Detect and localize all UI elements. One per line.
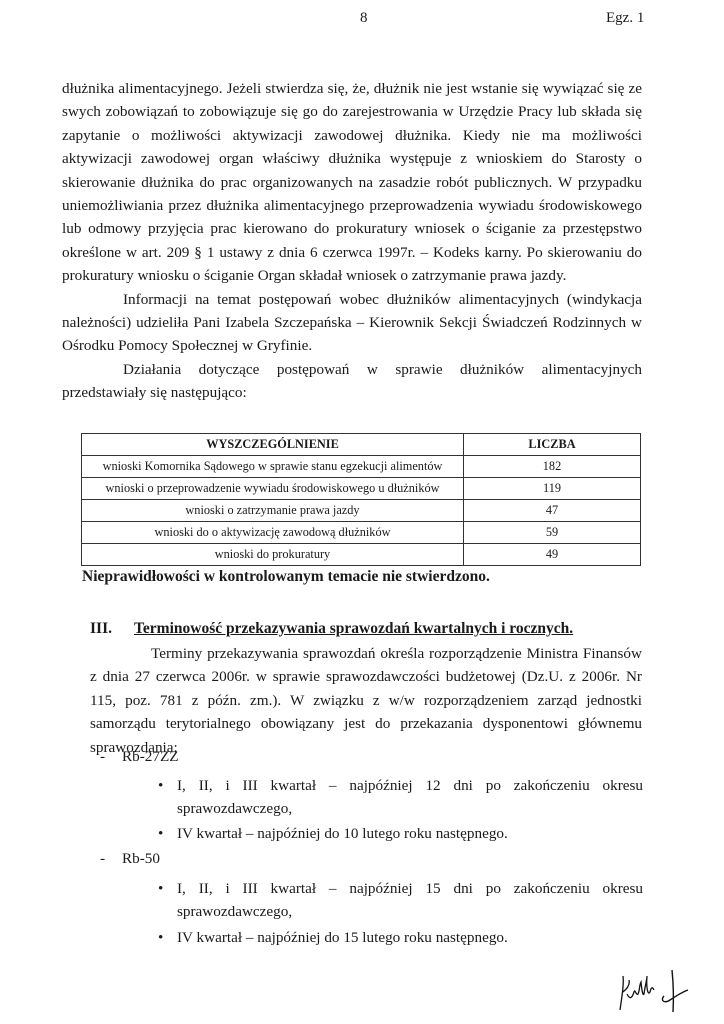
body-text: dłużnika alimentacyjnego. Jeżeli stwierd… [62,77,642,405]
header-description: WYSZCZEGÓLNIENIE [82,434,464,456]
page-number: 8 [360,10,368,27]
conclusion: Nieprawidłowości w kontrolowanym temacie… [82,568,490,586]
list-item: • IV kwartał – najpóźniej do 15 lutego r… [158,926,643,949]
actions-table: WYSZCZEGÓLNIENIE LICZBA wnioski Komornik… [81,433,641,566]
bullet-icon: • [158,774,163,797]
table-row: wnioski o przeprowadzenie wywiadu środow… [82,478,641,500]
dash-marker: - [100,748,105,766]
dash-marker: - [100,850,105,868]
table-row: wnioski Komornika Sądowego w sprawie sta… [82,456,641,478]
table-row: wnioski o zatrzymanie prawa jazdy 47 [82,500,641,522]
row-description: wnioski o przeprowadzenie wywiadu środow… [82,478,464,500]
bullet-text: I, II, i III kwartał – najpóźniej 15 dni… [177,877,643,924]
bullet-text: IV kwartał – najpóźniej do 10 lutego rok… [177,822,643,845]
report-name: Rb-50 [122,850,160,868]
header-count: LICZBA [464,434,641,456]
row-description: wnioski do prokuratury [82,544,464,566]
table-header-row: WYSZCZEGÓLNIENIE LICZBA [82,434,641,456]
list-item: • IV kwartał – najpóźniej do 10 lutego r… [158,822,643,845]
paragraph-2: Informacji na temat postępowań wobec dłu… [62,288,642,358]
section-number: III. [90,620,112,638]
signature-icon [614,966,694,1016]
copy-label: Egz. 1 [606,10,644,27]
table-row: wnioski do o aktywizację zawodową dłużni… [82,522,641,544]
row-description: wnioski Komornika Sądowego w sprawie sta… [82,456,464,478]
list-item: • I, II, i III kwartał – najpóźniej 12 d… [158,774,643,821]
paragraph-3: Działania dotyczące postępowań w sprawie… [62,358,642,405]
row-count: 182 [464,456,641,478]
section-title: Terminowość przekazywania sprawozdań kwa… [134,620,573,638]
bullet-icon: • [158,877,163,900]
bullet-icon: • [158,926,163,949]
row-count: 119 [464,478,641,500]
paragraph-1: dłużnika alimentacyjnego. Jeżeli stwierd… [62,77,642,288]
table-row: wnioski do prokuratury 49 [82,544,641,566]
section-body: Terminy przekazywania sprawozdań określa… [90,642,642,759]
report-name: Rb-27ZZ [122,748,179,766]
row-description: wnioski do o aktywizację zawodową dłużni… [82,522,464,544]
list-item: • I, II, i III kwartał – najpóźniej 15 d… [158,877,643,924]
bullet-icon: • [158,822,163,845]
row-count: 49 [464,544,641,566]
row-count: 59 [464,522,641,544]
bullet-text: IV kwartał – najpóźniej do 15 lutego rok… [177,926,643,949]
bullet-text: I, II, i III kwartał – najpóźniej 12 dni… [177,774,643,821]
row-count: 47 [464,500,641,522]
section-paragraph: Terminy przekazywania sprawozdań określa… [90,642,642,759]
row-description: wnioski o zatrzymanie prawa jazdy [82,500,464,522]
